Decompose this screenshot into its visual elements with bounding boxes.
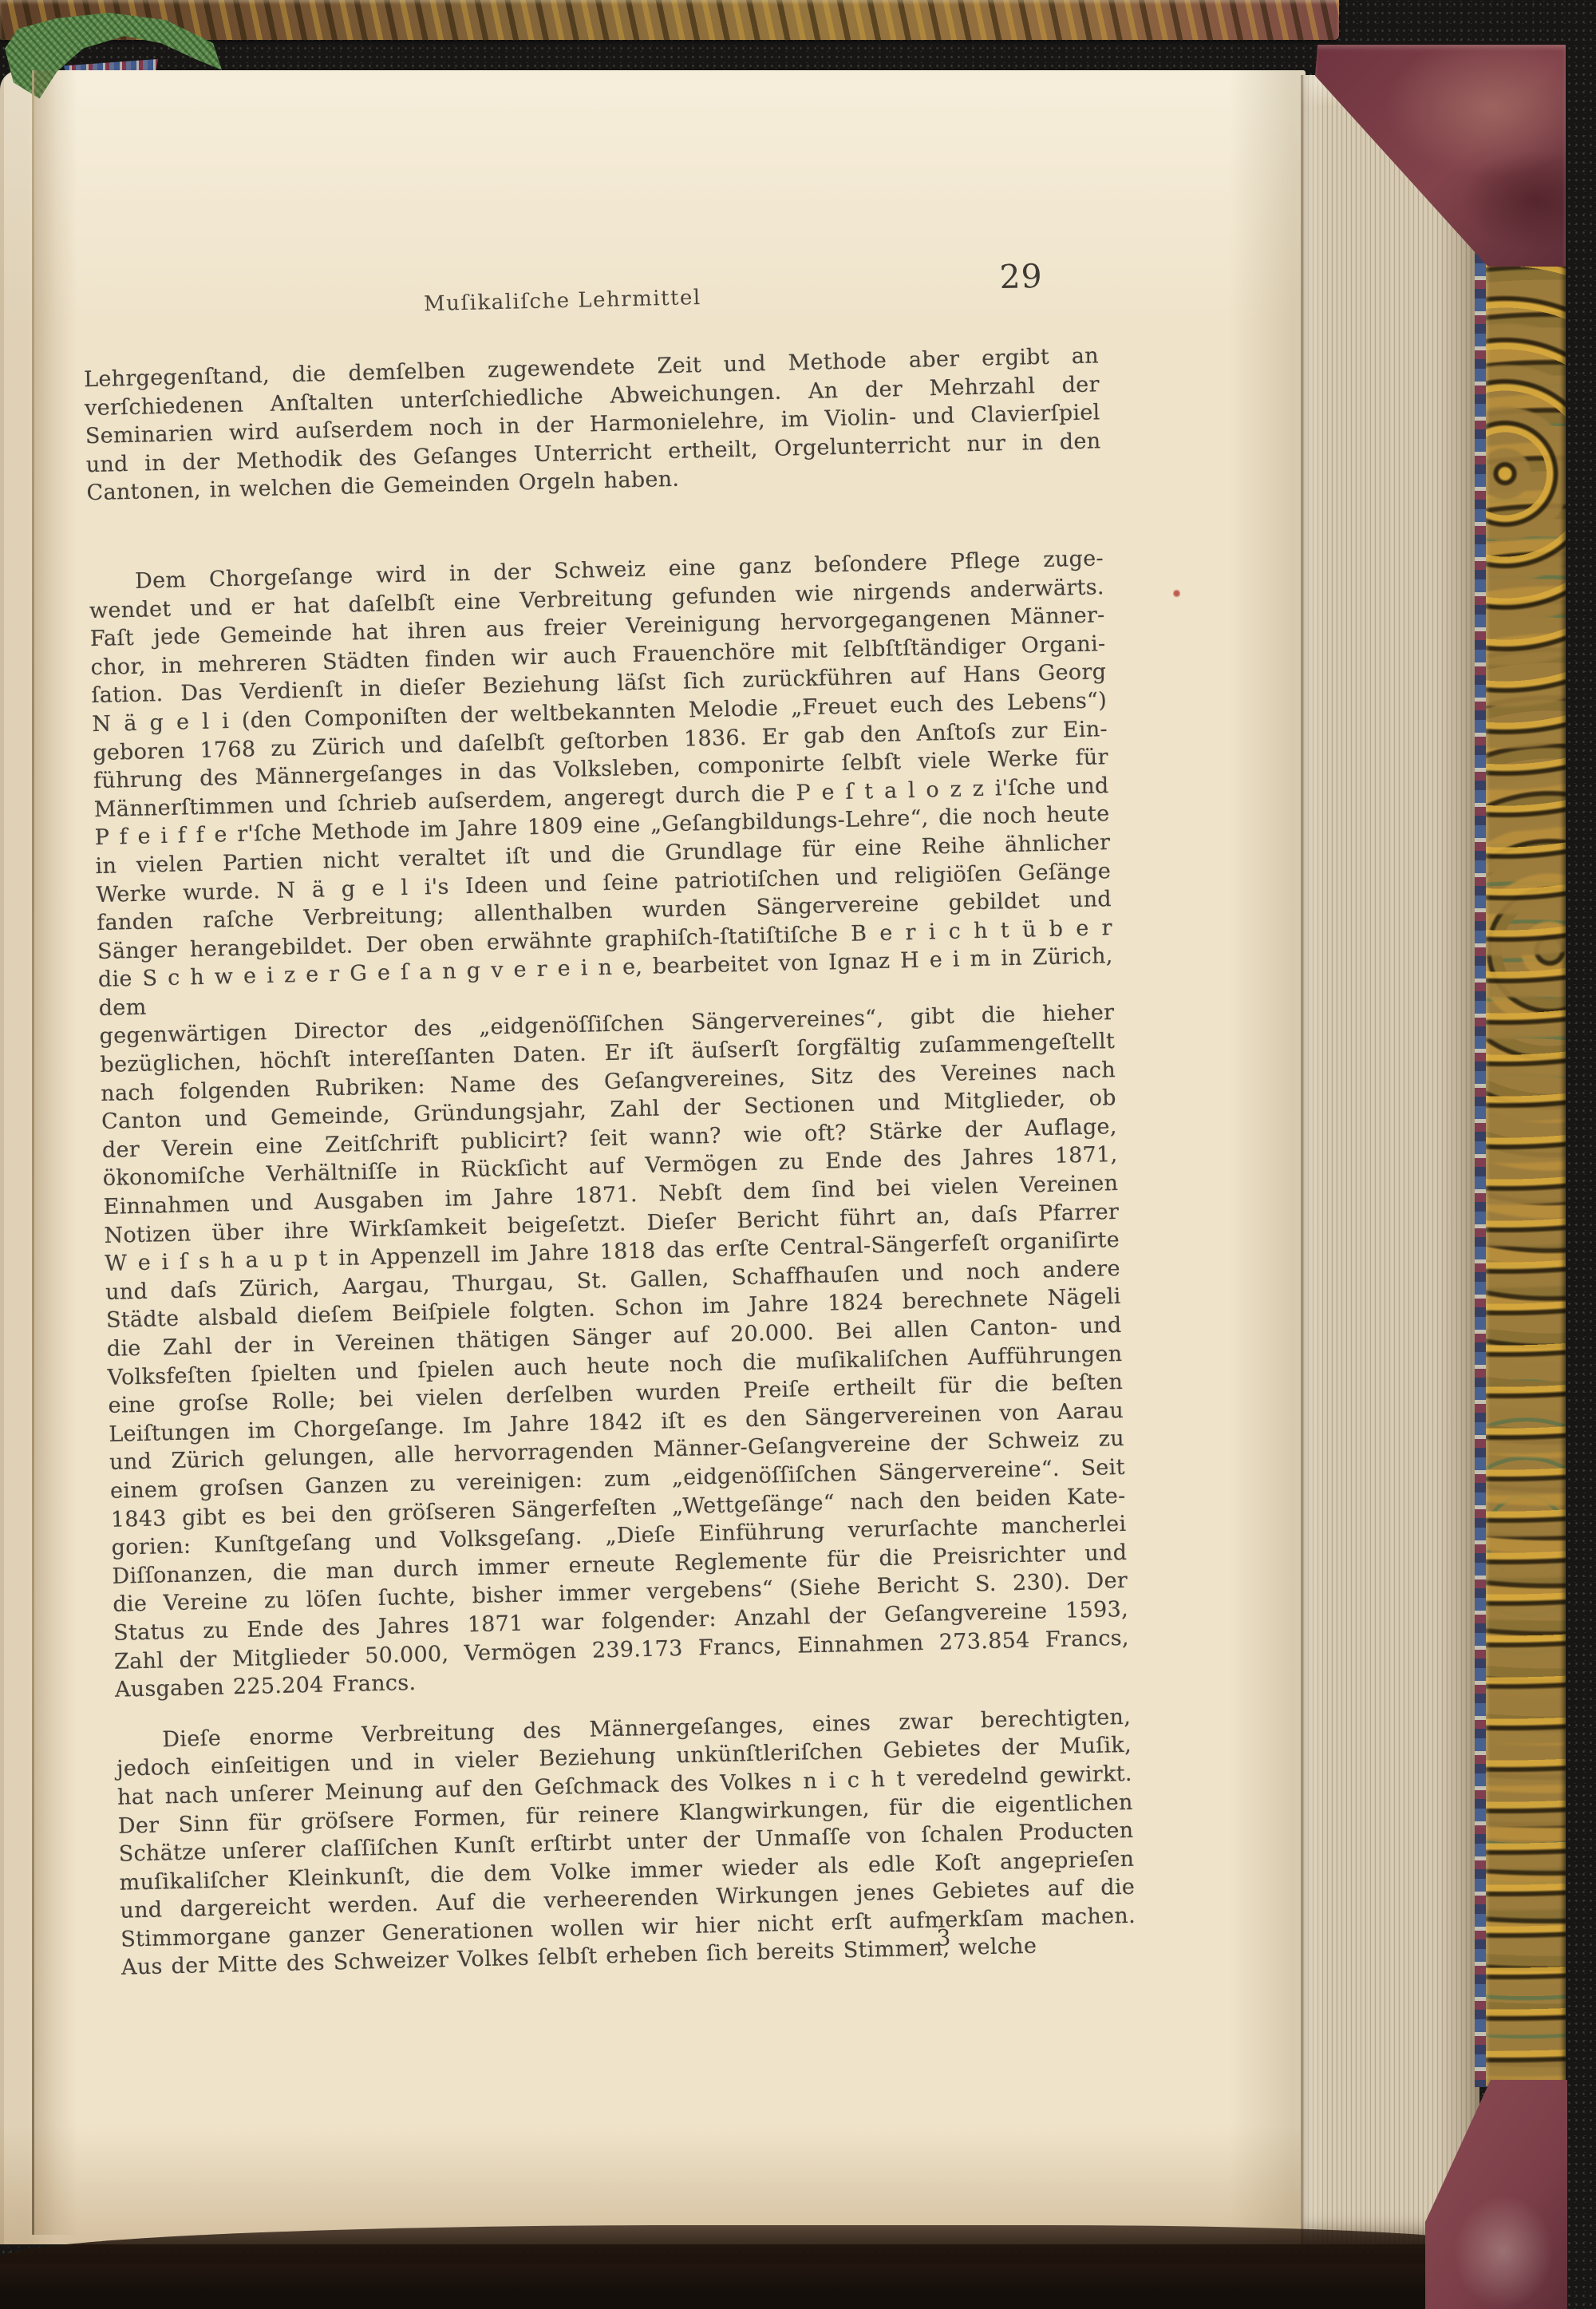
fore-edge-pages	[1301, 75, 1479, 2244]
gutter-shadow	[34, 70, 77, 2235]
bottom-shadow-band	[0, 2264, 1562, 2309]
marbled-cover	[1486, 254, 1566, 2086]
signature-mark: 3	[936, 1924, 951, 1951]
paragraph-2: Dem Chorgeſange wird in der Schweiz eine…	[89, 544, 1130, 1704]
book-top-edge	[0, 0, 1339, 40]
red-speck	[1173, 589, 1180, 598]
paragraph-1: Lehrgegenſtand, die demſelben zugewendet…	[84, 342, 1102, 508]
scan-background: Muſikaliſche Lehrmittel 29 Lehrgegenſtan…	[0, 0, 1596, 2309]
page-number: 29	[999, 257, 1043, 296]
running-header: Muſikaliſche Lehrmittel	[424, 286, 701, 316]
page-content: Muſikaliſche Lehrmittel 29 Lehrgegenſtan…	[81, 255, 1137, 2034]
paragraph-3: Dieſe enorme Verbreitung des Männergeſan…	[116, 1703, 1136, 1983]
